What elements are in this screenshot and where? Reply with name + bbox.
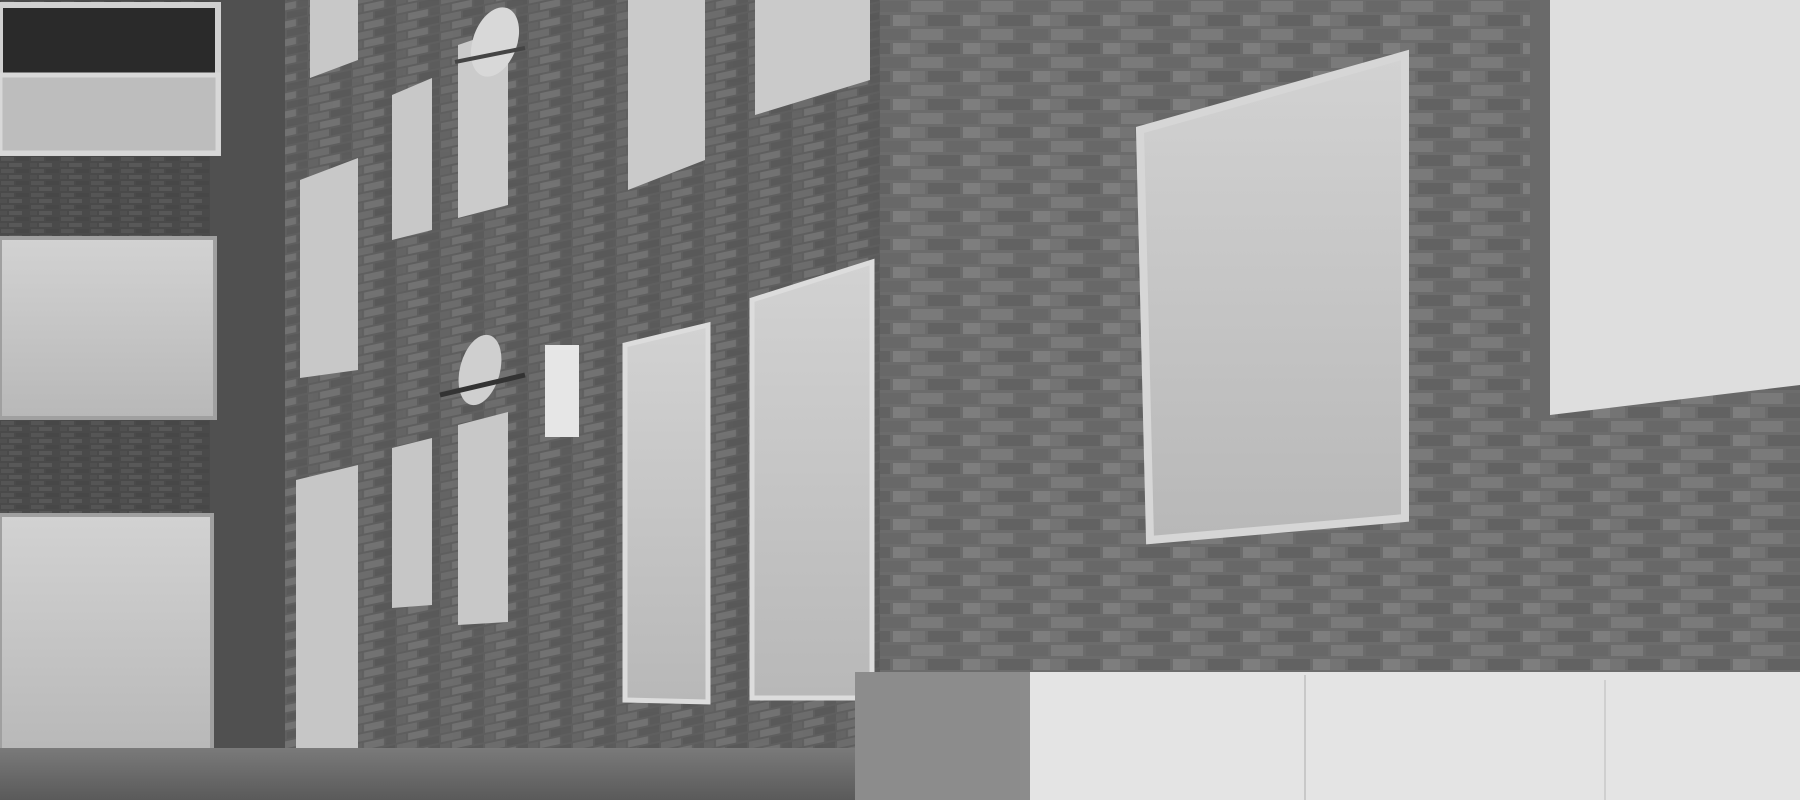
grass-ground [0,748,870,800]
white-hoarding-panel [855,672,1800,800]
building-photo [0,0,1800,800]
